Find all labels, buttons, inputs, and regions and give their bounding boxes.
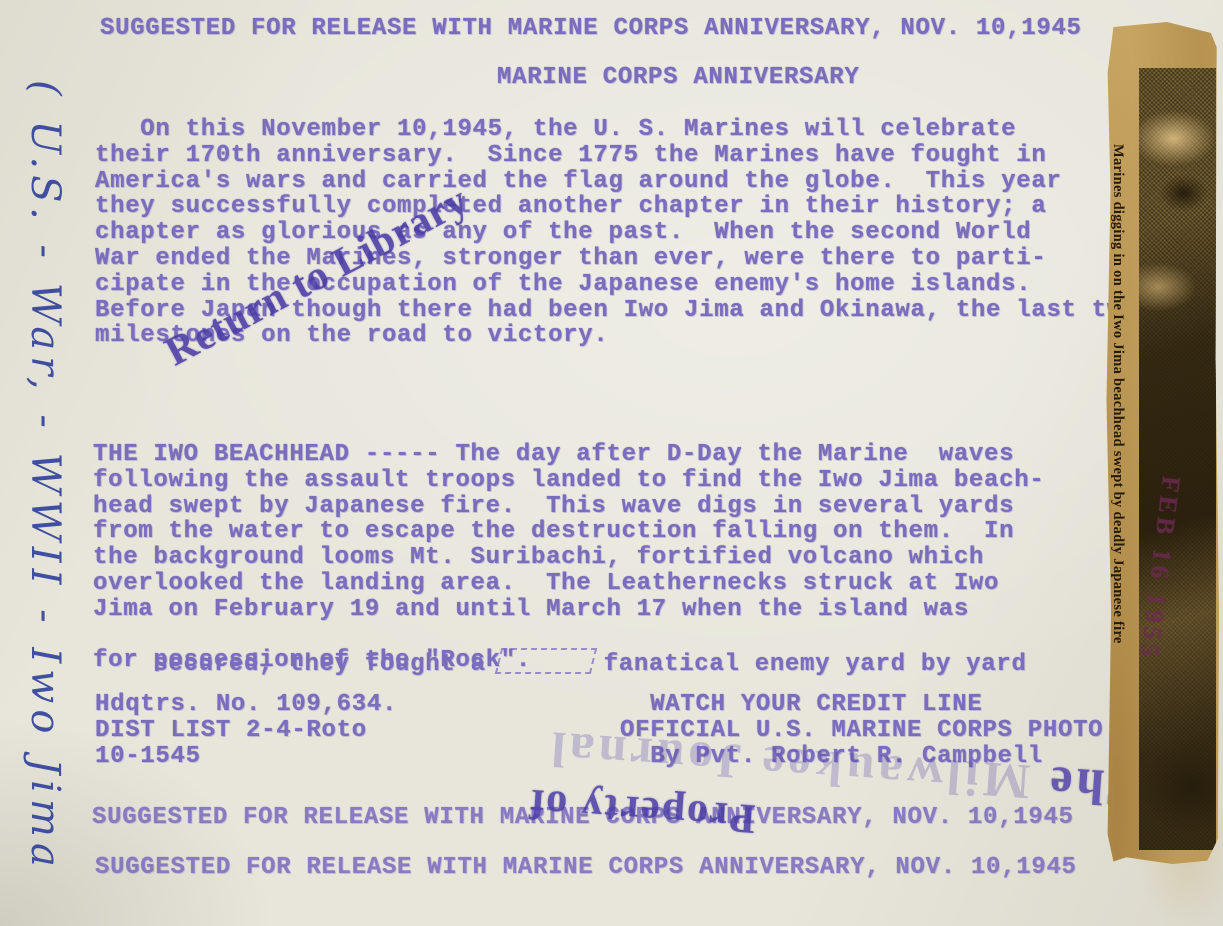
line8-post-text: fanatical enemy yard by yard [604, 651, 1027, 678]
document-scan: SUGGESTED FOR RELEASE WITH MARINE CORPS … [0, 0, 1223, 926]
release-header-line: SUGGESTED FOR RELEASE WITH MARINE CORPS … [100, 16, 1082, 42]
newspaper-clipping: Marines digging in on the Iwo Jima beach… [1103, 22, 1219, 864]
clipping-caption: Marines digging in on the Iwo Jima beach… [1109, 144, 1126, 769]
release-footer-line-2: SUGGESTED FOR RELEASE WITH MARINE CORPS … [95, 855, 1077, 881]
page-title: MARINE CORPS ANNIVERSARY [497, 65, 859, 91]
handwritten-margin-note: ( U.S. - War, - WWII - Iwo Jima [2, 80, 68, 926]
paragraph-iwo-beachhead: THE IWO BEACHHEAD ----- The day after D-… [93, 442, 1044, 623]
